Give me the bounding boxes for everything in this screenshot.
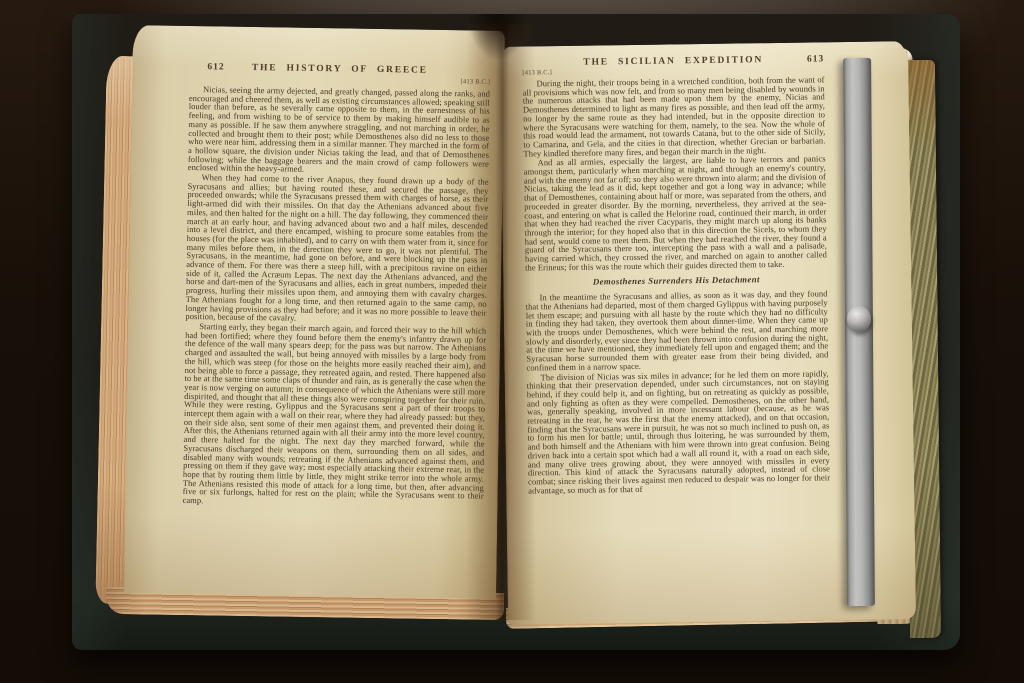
- paragraph: Nicias, seeing the army dejected, and gr…: [188, 85, 490, 177]
- left-page-number: 612: [189, 62, 224, 73]
- left-page-body: Nicias, seeing the army dejected, and gr…: [182, 85, 490, 509]
- paragraph: During the night, their troops being in …: [522, 75, 825, 158]
- right-page-number: 613: [807, 54, 824, 64]
- metal-ball-knob: [847, 306, 871, 332]
- paragraph: When they had come to the river Anapus, …: [185, 173, 488, 326]
- right-page-body: During the night, their troops being in …: [522, 75, 830, 495]
- left-page: 612 THE HISTORY OF GREECE [413 B.C.] Nic…: [124, 25, 505, 599]
- paragraph: In the meantime the Syracusans and allie…: [525, 289, 828, 372]
- section-heading: Demosthenes Surrenders His Detachment: [525, 275, 827, 288]
- metal-page-holder-bar: [843, 58, 875, 606]
- paragraph: Starting early, they began their march a…: [182, 322, 486, 509]
- left-running-header: THE HISTORY OF GREECE: [252, 63, 428, 76]
- paragraph: The division of Nicias was six miles in …: [527, 369, 831, 495]
- paragraph: And as all armies, especially the larges…: [524, 155, 828, 272]
